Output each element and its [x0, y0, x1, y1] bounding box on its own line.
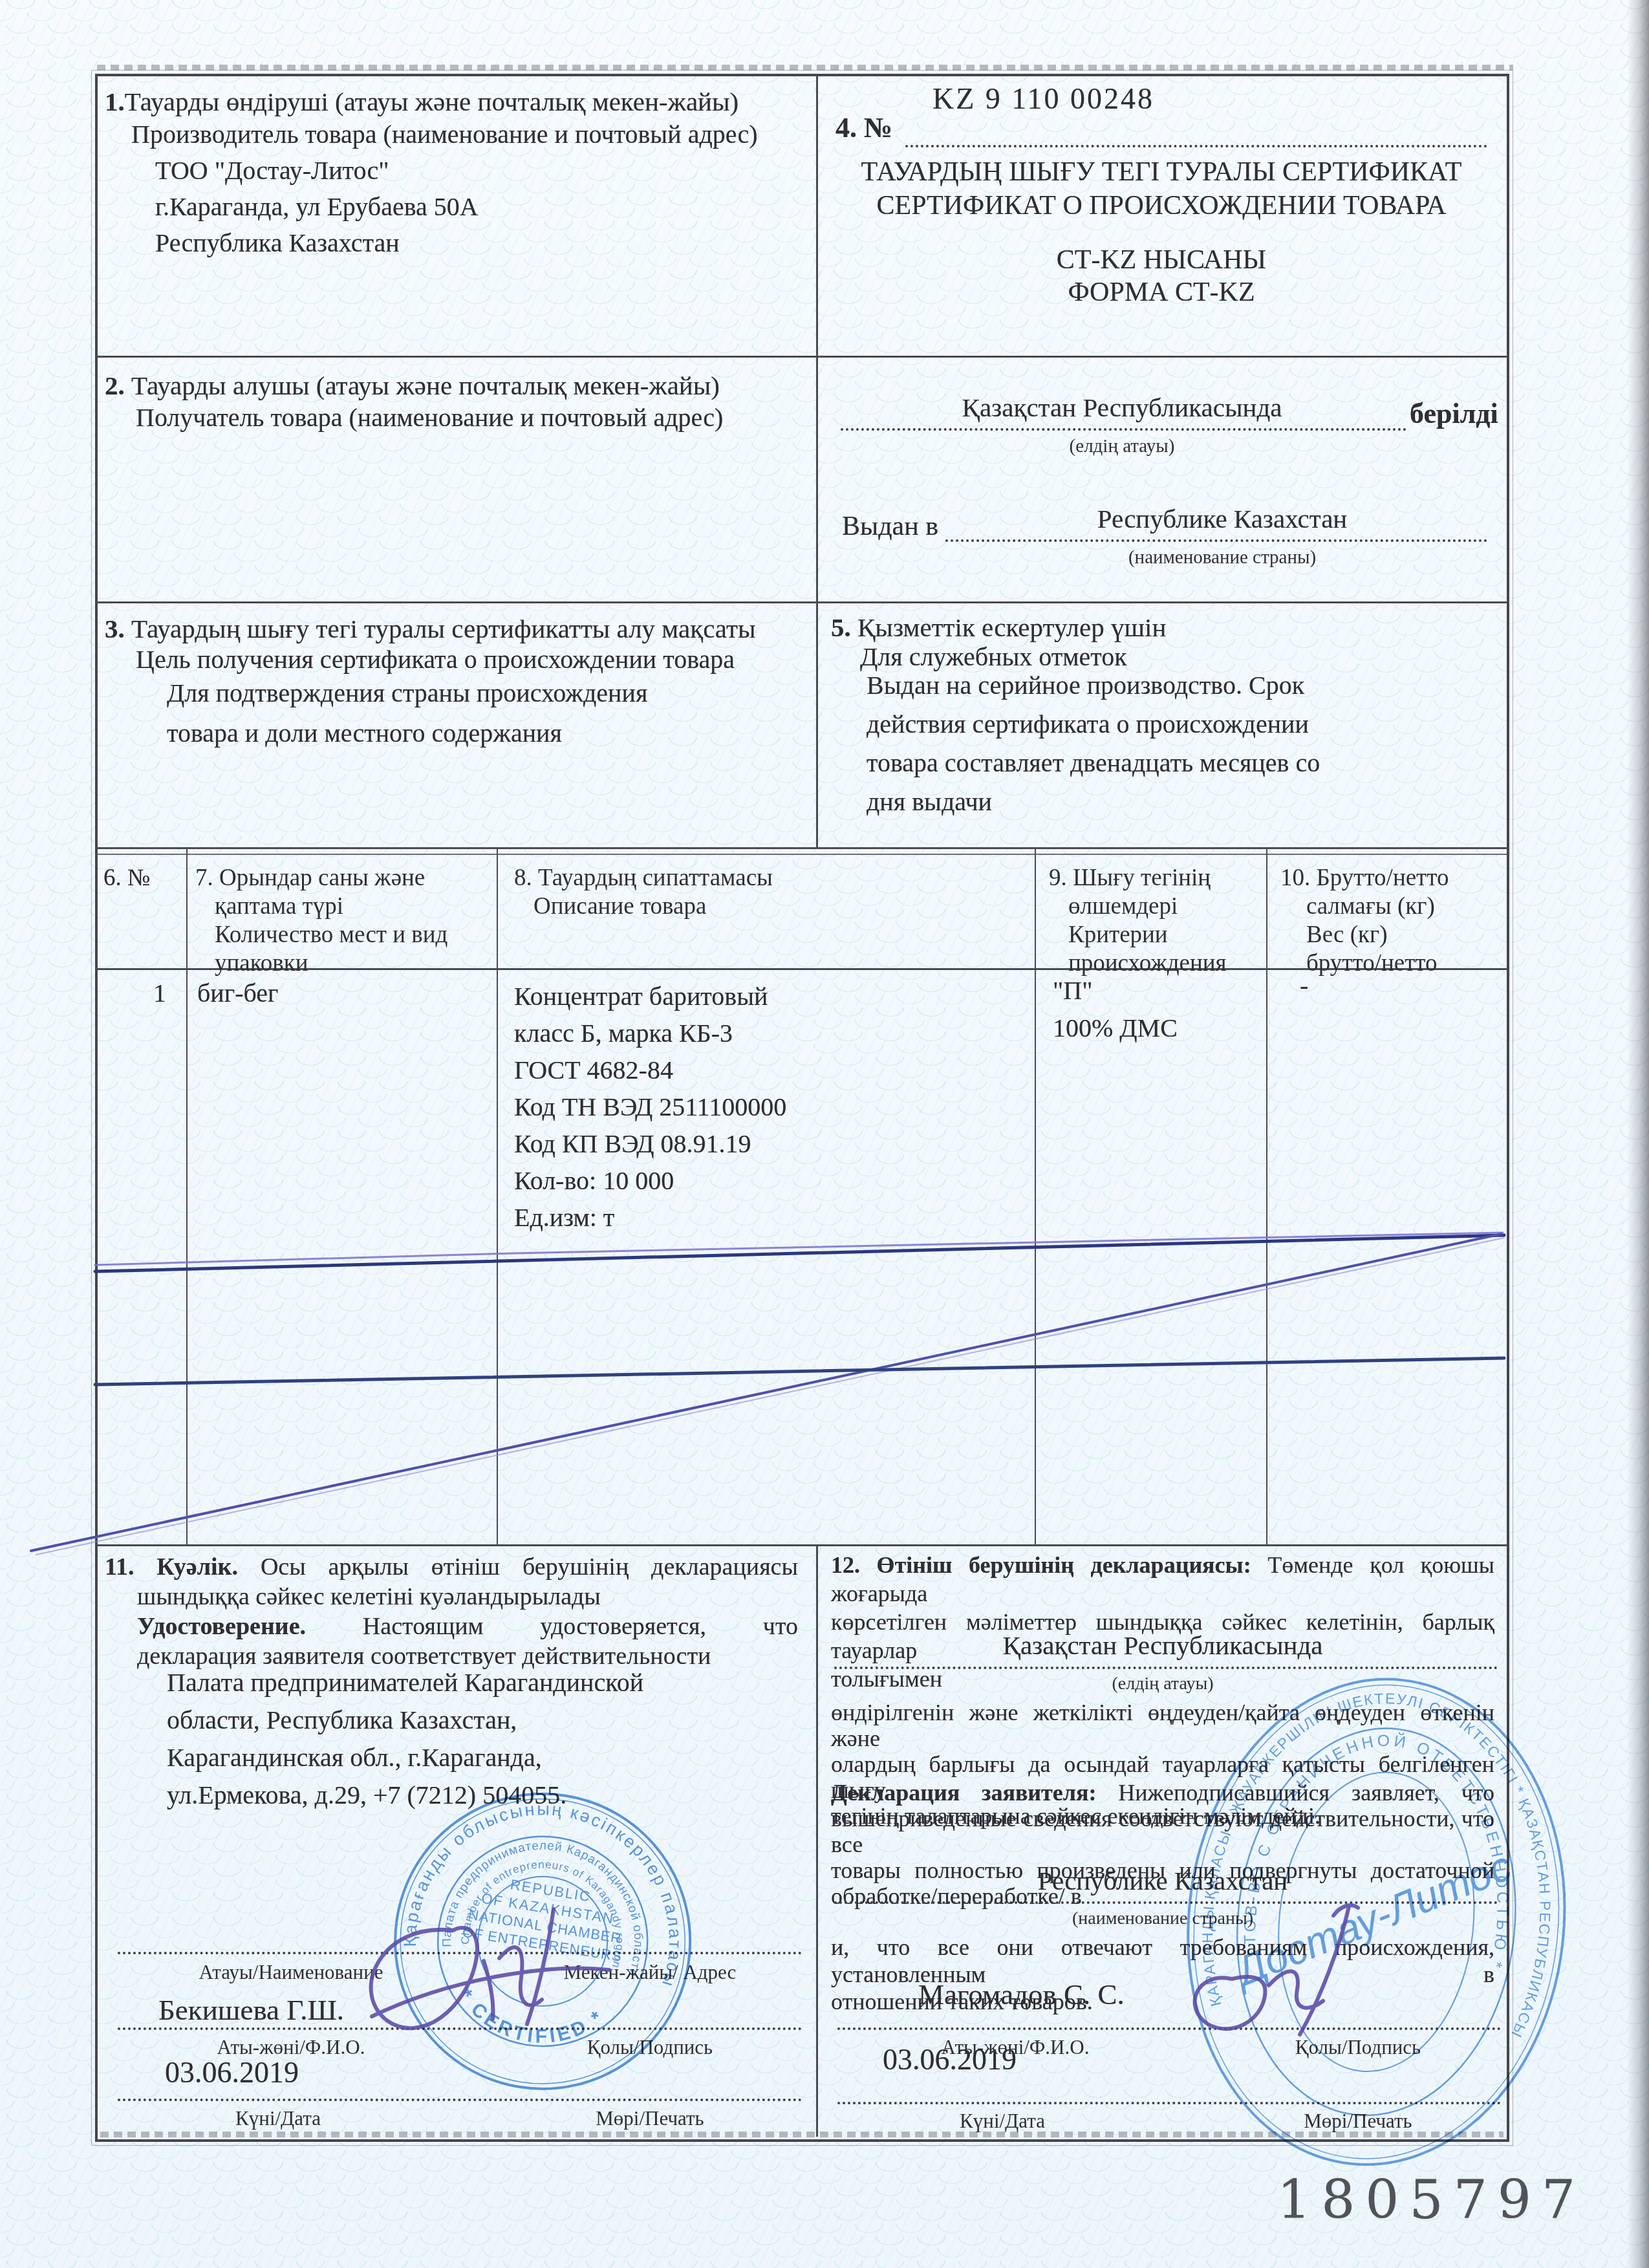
attestation-line2: шындыққа сәйкес келетіні куәландырылады: [105, 1582, 798, 1612]
issuer-date-dotline: [118, 2099, 802, 2101]
issued-label-ru: Выдан в: [842, 511, 938, 542]
issuer-fio-value: Бекишева Г.Ш.: [158, 1993, 344, 2027]
row-description-line4: Код ТН ВЭД 2511100000: [514, 1088, 1031, 1125]
table-header-col7-line3: Количество мест и вид: [195, 921, 486, 949]
round-stamp-certified-text: * CERTIFIED *: [449, 1983, 611, 2058]
declaration-country-kk: Қазақстан Республикасында: [831, 1630, 1494, 1661]
certificate-page: 1.Тауарды өндіруші (атауы және почталық …: [0, 0, 1649, 2268]
table-col-line-3: [1035, 849, 1036, 1544]
chamber-addr-line1: Карагандинская обл., г.Караганда,: [167, 1742, 542, 1773]
purpose-title-kk: 3. Тауардың шығу тегі туралы сертификатт…: [105, 613, 755, 644]
declaration-label-ru: Декларация заявителя:: [831, 1780, 1096, 1806]
company-oval-stamp: ҚАРАГАНДЫ ҚАЛАСЫ * ЖАУАПКЕРШІЛІГІ ШЕКТЕУ…: [1151, 1649, 1603, 2199]
table-header-col10-line2: салмағы (кг): [1280, 892, 1503, 921]
row-weight: -: [1300, 970, 1308, 1000]
row-origin-criteria: "П": [1053, 975, 1093, 1006]
table-col-line-2: [497, 849, 498, 1544]
certificate-title-ru: СЕРТИФИКАТ О ПРОИСХОЖДЕНИИ ТОВАРА: [823, 190, 1500, 221]
attestation-label-kk: 11. Куәлік.: [105, 1553, 238, 1581]
issued-country-ru: Республике Казахстан: [951, 503, 1494, 534]
declaration-label-kk: 12. Өтініш берушінің декларациясы:: [831, 1552, 1251, 1578]
applicant-fio-value: Магомадов С. С.: [918, 1978, 1125, 2011]
form-name-ru: ФОРМА СТ-KZ: [823, 277, 1500, 308]
issuer-date-label: Күні/Дата: [129, 2107, 427, 2130]
applicant-date-label: Күні/Дата: [854, 2110, 1151, 2133]
table-header-col8: 8. Тауардың сипаттамасы Описание товара: [514, 864, 1025, 921]
table-header-col10-line1: 10. Брутто/нетто: [1280, 864, 1503, 892]
table-header-col7-line2: қаптама түрі: [195, 892, 486, 921]
table-header-col10: 10. Брутто/нетто салмағы (кг) Вес (кг) б…: [1280, 864, 1503, 978]
purpose-title-ru: Цель получения сертификата о происхожден…: [136, 644, 735, 675]
certificate-number-label: 4. №: [835, 111, 892, 144]
chamber-round-stamp: Қарағанды облысының кәсіпкерлер палатасы…: [362, 1761, 725, 2124]
attestation-line1: 11. Куәлік. Осы арқылы өтініш берушінің …: [105, 1552, 798, 1582]
attestation-label-ru: Удостоверение.: [137, 1613, 306, 1640]
table-col-line-4: [1266, 849, 1267, 1544]
attestation-line1-rest: Осы арқылы өтініш берушінің декларациясы: [261, 1553, 798, 1581]
table-header-col7-line4: упаковки: [195, 949, 486, 978]
round-stamp-certified: * CERTIFIED *: [449, 1983, 611, 2058]
table-header-col9-line3: Критерии: [1049, 921, 1262, 949]
certificate-title-kk: ТАУАРДЫҢ ШЫҒУ ТЕГІ ТУРАЛЫ СЕРТИФИКАТ: [823, 157, 1500, 188]
notes-box-number: 5.: [831, 612, 851, 642]
declaration-p1-line1: 12. Өтініш берушінің декларациясы: Төмен…: [831, 1551, 1494, 1608]
divider-center-top: [816, 74, 818, 849]
row-description-line2: класс Б, марка КБ-3: [514, 1015, 1031, 1052]
receiver-title-kk: 2. Тауарды алушы (атауы және почталық ме…: [105, 370, 720, 401]
attestation-line3-rest: Настоящим удостоверяется, что: [363, 1613, 798, 1640]
table-header-col10-line4: брутто/нетто: [1280, 949, 1503, 978]
attestation-paragraph: 11. Куәлік. Осы арқылы өтініш берушінің …: [105, 1552, 798, 1671]
receiver-box-number: 2.: [105, 371, 125, 400]
row-description: Концентрат баритовый класс Б, марка КБ-3…: [514, 978, 1031, 1236]
applicant-date-value: 03.06.2019: [883, 2042, 1017, 2077]
certificate-number-dotline: [905, 145, 1487, 147]
chamber-name-line2: области, Республика Казахстан,: [167, 1705, 517, 1735]
divider-center-bottom: [816, 1544, 818, 2137]
issued-kk-dotline: [841, 428, 1406, 431]
purpose-box-number: 3.: [105, 614, 125, 643]
row-packaging: биг-бег: [197, 978, 278, 1008]
notes-value-line1: Выдан на серийное производство. Срок: [867, 670, 1304, 700]
table-header-col6: 6. №: [103, 864, 150, 892]
issuer-date-value: 03.06.2019: [165, 2055, 299, 2090]
table-col-line-1: [186, 849, 188, 1544]
producer-country-value: Республика Казахстан: [155, 228, 400, 258]
issued-suffix-kk: берілді: [1410, 397, 1498, 430]
form-name-kk: СТ-KZ НЫСАНЫ: [823, 244, 1500, 275]
row-origin-dmc: 100% ДМС: [1053, 1013, 1178, 1043]
issued-kk-hint: (елдің атауы): [841, 436, 1403, 457]
producer-title-ru: Производитель товара (наименование и поч…: [131, 119, 758, 149]
producer-box-number: 1.: [105, 87, 125, 116]
notes-value-line4: дня выдачи: [867, 786, 992, 817]
producer-name-value: ТОО "Достау-Литос": [155, 155, 389, 186]
table-header-col8-line1: 8. Тауардың сипаттамасы: [514, 864, 1025, 892]
divider-row2: [95, 601, 1507, 603]
divider-row1: [95, 356, 1507, 358]
issued-ru-dotline: [945, 539, 1487, 542]
notes-value-line2: действия сертификата о происхождении: [867, 709, 1309, 739]
divider-table-top-2: [95, 854, 1507, 855]
scan-edge-shadow: [1627, 0, 1649, 2268]
microtext-strip-top: [97, 65, 1513, 70]
attestation-line3: Удостоверение. Настоящим удостоверяется,…: [105, 1612, 798, 1641]
table-header-col9-line1: 9. Шығу тегінің: [1049, 864, 1262, 892]
divider-table-bottom: [95, 1544, 1507, 1546]
notes-title-kk: 5. Қызметтік ескертулер үшін: [831, 612, 1166, 643]
purpose-value-line2: товара и доли местного содержания: [167, 718, 562, 748]
purpose-value-line1: Для подтверждения страны происхождения: [167, 678, 647, 708]
certificate-number-value: KZ 9 110 00248: [932, 81, 1154, 116]
row-number: 1: [95, 978, 166, 1008]
notes-title-ru: Для служебных отметок: [860, 642, 1127, 672]
table-header-col9: 9. Шығу тегінің өлшемдері Критерии проис…: [1049, 864, 1262, 978]
producer-address-value: г.Караганда, ул Ерубаева 50А: [155, 191, 479, 222]
issued-country-kk: Қазақстан Республикасында: [841, 392, 1403, 423]
row-description-line3: ГОСТ 4682-84: [514, 1052, 1031, 1088]
row-description-line1: Концентрат баритовый: [514, 978, 1031, 1015]
notes-value-line3: товара составляет двенадцать месяцев со: [867, 748, 1320, 778]
table-header-col8-line2: Описание товара: [514, 892, 1025, 921]
row-description-line6: Кол-во: 10 000: [514, 1162, 1031, 1199]
divider-table-top: [95, 847, 1507, 849]
row-description-line7: Ед.изм: т: [514, 1199, 1031, 1236]
issued-ru-hint: (наименование страны): [951, 547, 1494, 568]
table-header-col7: 7. Орындар саны және қаптама түрі Количе…: [195, 864, 486, 978]
chamber-name-line1: Палата предпринимателей Карагандинской: [167, 1667, 643, 1698]
table-header-col9-line4: происхождения: [1049, 949, 1262, 978]
receiver-title-ru: Получатель товара (наименование и почтов…: [136, 402, 723, 433]
table-header-col9-line2: өлшемдері: [1049, 892, 1262, 921]
table-header-col10-line3: Вес (кг): [1280, 921, 1503, 949]
producer-title-kk: 1.Тауарды өндіруші (атауы және почталық …: [105, 86, 738, 117]
table-header-col7-line1: 7. Орындар саны және: [195, 864, 486, 892]
row-description-line5: Код КП ВЭД 08.91.19: [514, 1125, 1031, 1162]
